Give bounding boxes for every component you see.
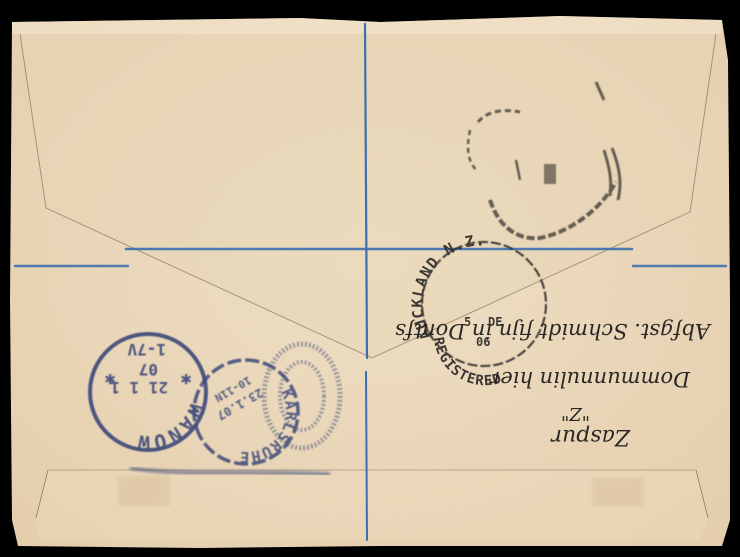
svg-text:✱: ✱ — [180, 370, 192, 386]
glue-stain — [592, 478, 644, 506]
manuscript-line-4: Abfgst. Schmidt fijn in Dontfs — [395, 319, 712, 343]
manuscript-line-1: Zaspur — [550, 424, 631, 449]
wanow-year: 07 — [139, 360, 158, 379]
envelope-svg: AUCKLAND N.Z. REGISTERED 5 DE 06 WANOW 2… — [0, 0, 740, 557]
manuscript-line-3: Dommunnulin hier — [488, 367, 691, 391]
glue-stain — [118, 476, 170, 506]
manuscript-line-2: "Z" — [561, 403, 590, 424]
svg-text:✱: ✱ — [104, 370, 116, 386]
wanow-date: 21 1 1 — [110, 378, 168, 397]
wanow-time: 1-7V — [127, 340, 166, 359]
cover-photo: AUCKLAND N.Z. REGISTERED 5 DE 06 WANOW 2… — [0, 0, 740, 557]
